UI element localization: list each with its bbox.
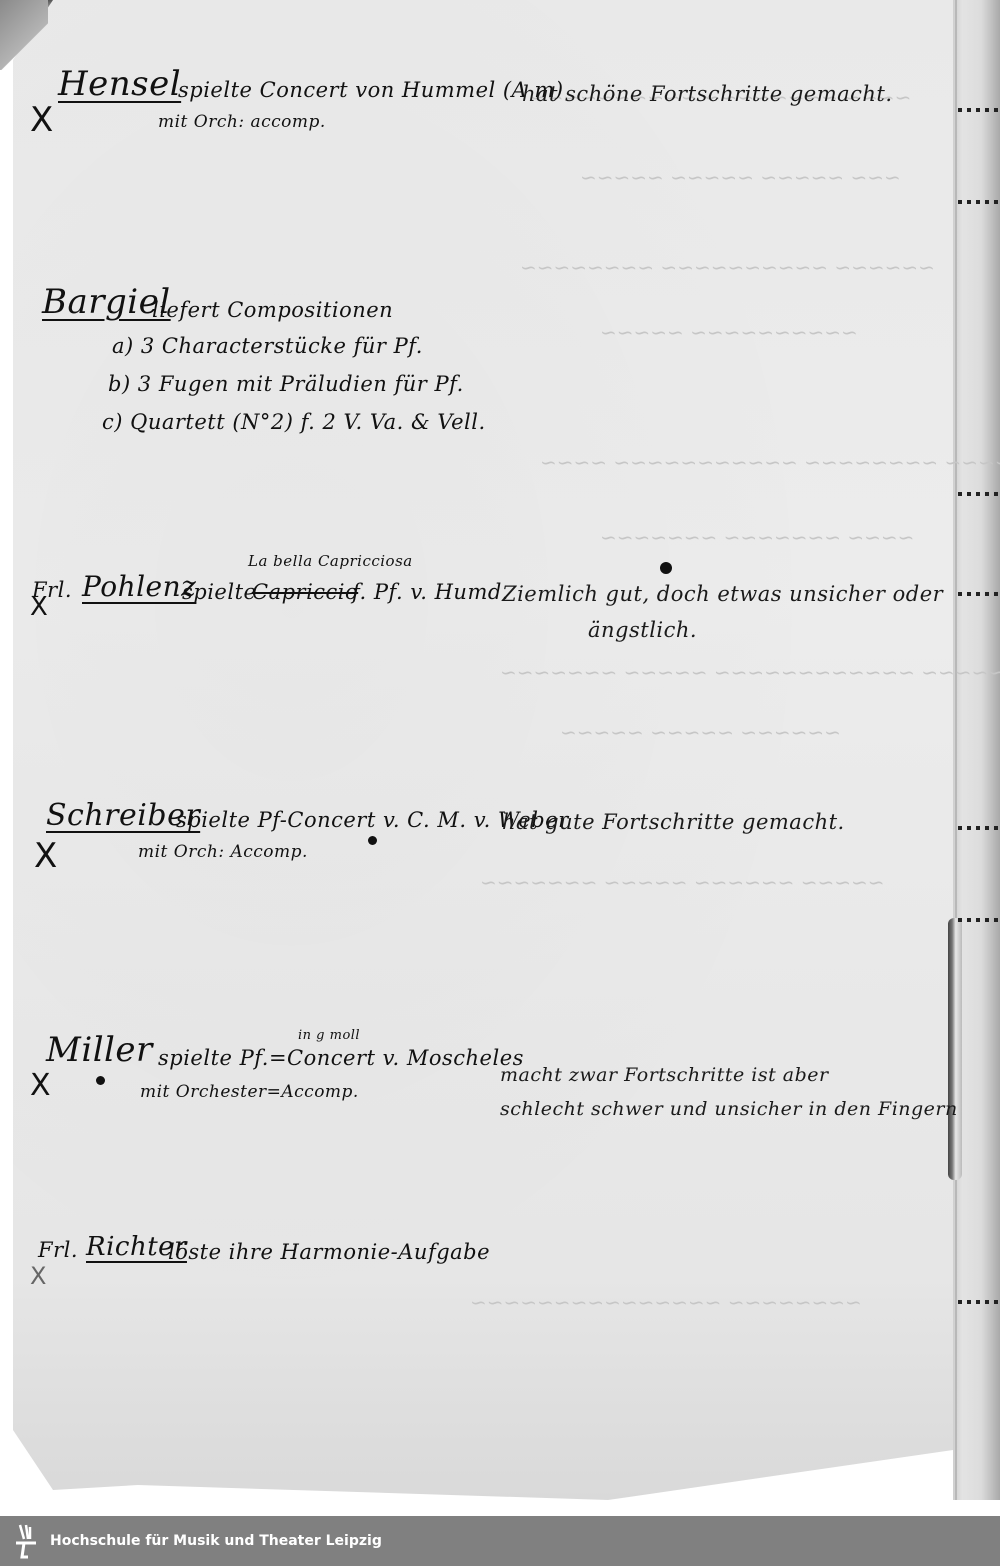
teacher-remark: hat schöne Fortschritte gemacht. <box>522 82 893 106</box>
teacher-remark-line2: ängstlich. <box>588 618 697 642</box>
inserted-title: La bella Capricciosa <box>248 552 413 570</box>
struck-word: Capriccio <box>252 580 358 604</box>
grade-mark-x: X <box>30 1262 46 1290</box>
footer-bar: Hochschule für Musik und Theater Leipzig <box>0 1516 1000 1566</box>
ink-dot <box>368 836 377 845</box>
binding-stitch <box>958 1300 998 1304</box>
student-name-pohlenz: Pohlenz <box>82 570 196 603</box>
grade-mark-x: X <box>30 592 48 622</box>
book-binding <box>953 0 1000 1500</box>
grade-mark-x: X <box>30 1068 51 1103</box>
accompaniment-note: mit Orch: Accomp. <box>138 842 308 862</box>
teacher-remark-line1: Ziemlich gut, doch etwas unsicher oder <box>502 582 943 606</box>
performance-description: spielte Pf.=Concert v. Moscheles <box>158 1046 524 1070</box>
binding-slot <box>948 918 962 1180</box>
binding-stitch <box>958 492 998 496</box>
performance-description: f. Pf. v. Humd. <box>352 580 509 604</box>
bleed-through-text: ~~~ ~~~~~ ~~~~~ ~~~~~ <box>580 165 901 189</box>
composition-item-a: a) 3 Characterstücke für Pf. <box>112 334 423 358</box>
accompaniment-note: mit Orch: accomp. <box>158 112 326 132</box>
scanned-page-area: ~~~~ ~~~~~~~~ ~~~~~~~~~~ ~~~ ~~~~~ ~~~~~… <box>0 0 1000 1516</box>
binding-stitch <box>958 108 998 112</box>
institution-logo-icon <box>10 1521 40 1561</box>
grade-mark-x: X <box>34 836 57 876</box>
performance-verb: spielte <box>182 580 256 604</box>
bleed-through-text: ~~~~~~~~~~ ~~~~~ <box>600 320 858 344</box>
student-name-miller: Miller <box>46 1030 153 1070</box>
teacher-remark-line2: schlecht schwer und unsicher in den Fing… <box>500 1098 958 1120</box>
page-corner-shadow <box>0 0 48 70</box>
manuscript-page <box>8 0 953 1500</box>
composition-item-c: c) Quartett (N°2) f. 2 V. Va. & Vell. <box>102 410 486 434</box>
bleed-through-text: ~~~~~ ~~~~~~~~ ~~~~~~~~~~~ ~~~~ <box>540 450 1000 474</box>
bleed-through-text: ~~~~ ~~~~~~~ ~~~~~~~ <box>600 525 914 549</box>
institution-name: Hochschule für Musik und Theater Leipzig <box>50 1533 382 1549</box>
bleed-through-text: ~~~~~~ ~~~~~~~~~~~~ ~~~~~ ~~~~~~~ <box>500 660 1000 684</box>
ink-dot <box>96 1076 105 1085</box>
title-prefix: Frl. <box>38 1238 78 1262</box>
accompaniment-note: mit Orchester=Accomp. <box>140 1082 359 1102</box>
task-description: löste ihre Harmonie-Aufgabe <box>168 1240 490 1264</box>
binding-stitch <box>958 592 998 596</box>
compositions-heading: liefert Compositionen <box>152 298 393 322</box>
ink-blot <box>660 562 672 574</box>
student-name-hensel: Hensel <box>58 64 181 104</box>
grade-mark-x: X <box>30 100 53 140</box>
bleed-through-text: ~~~~~ ~~~~~~ ~~~~~ ~~~~~~~ <box>480 870 885 894</box>
teacher-remark: hat gute Fortschritte gemacht. <box>502 810 845 834</box>
bleed-through-text: ~~~~~~ ~~~~~~~~~~ ~~~~~~~~ <box>520 255 935 279</box>
inserted-key: in g moll <box>298 1028 360 1043</box>
binding-stitch <box>958 918 998 922</box>
bleed-through-text: ~~~~~~~~ ~~~~~~~~~~~~~~~ <box>470 1290 862 1314</box>
binding-fold-line <box>955 0 957 1500</box>
performance-description: spielte Concert von Hummel (A m) <box>178 78 564 102</box>
bleed-through-text: ~~~~~~ ~~~~~ ~~~~~ <box>560 720 841 744</box>
composition-item-b: b) 3 Fugen mit Präludien für Pf. <box>108 372 464 396</box>
teacher-remark-line1: macht zwar Fortschritte ist aber <box>500 1064 829 1086</box>
binding-stitch <box>958 200 998 204</box>
binding-stitch <box>958 826 998 830</box>
